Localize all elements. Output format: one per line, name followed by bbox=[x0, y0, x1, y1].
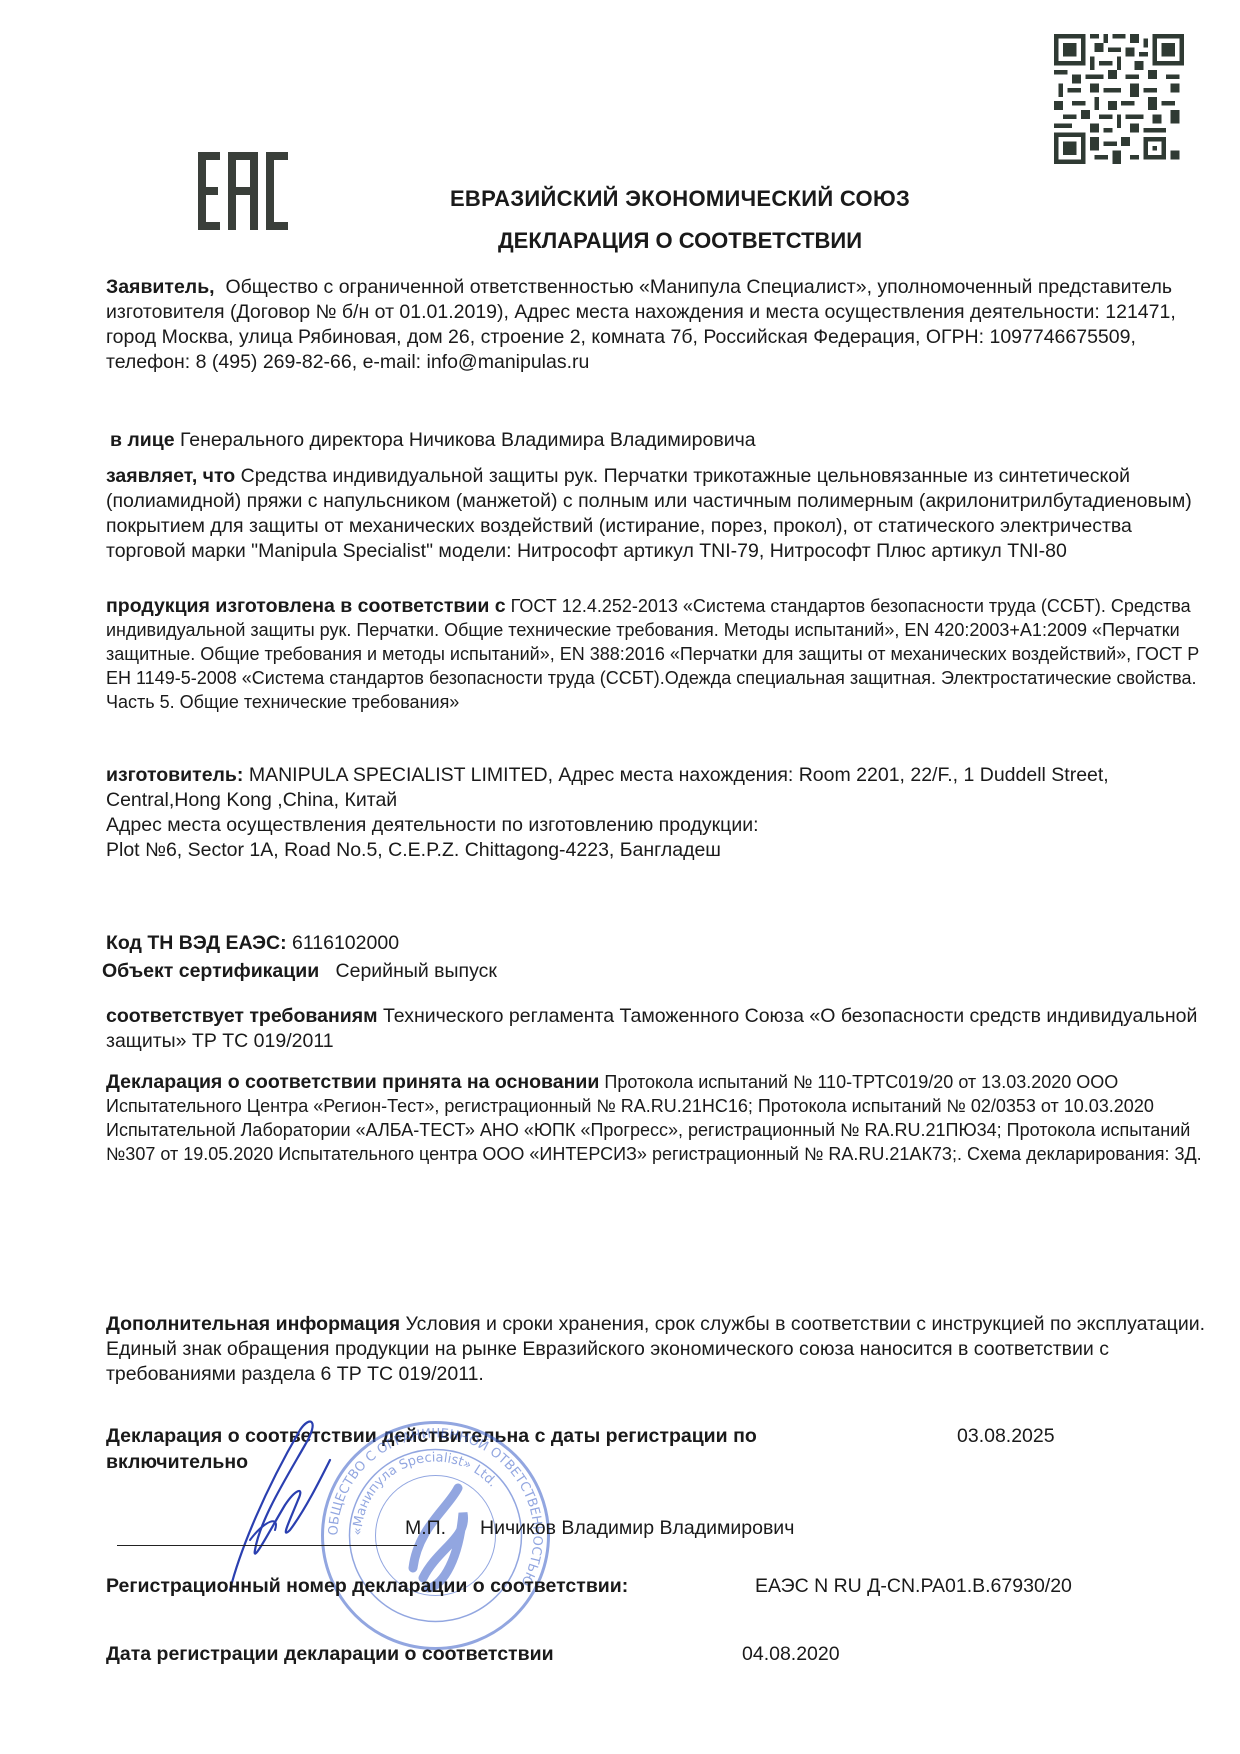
declares-section: заявляет, что Средства индивидуальной за… bbox=[106, 464, 1216, 564]
signer-name: Ничиков Владимир Владимирович bbox=[480, 1517, 794, 1540]
basis-section: Декларация о соответствии принята на осн… bbox=[106, 1070, 1216, 1166]
declares-label: заявляет, что bbox=[106, 465, 235, 487]
additional-info-section: Дополнительная информация Условия и срок… bbox=[106, 1312, 1216, 1387]
complies-section: соответствует требованиям Технического р… bbox=[106, 1004, 1216, 1054]
hs-code-row: Код ТН ВЭД ЕАЭС: 6116102000 bbox=[106, 932, 399, 955]
represented-by-label: в лице bbox=[110, 429, 175, 451]
production-address: Plot №6, Sector 1A, Road No.5, C.E.P.Z. … bbox=[106, 839, 721, 861]
qr-code bbox=[1054, 34, 1184, 164]
certification-object-label: Объект сертификации bbox=[102, 960, 319, 982]
declares-text: Средства индивидуальной защиты рук. Перч… bbox=[106, 465, 1192, 562]
hs-code-value: 6116102000 bbox=[292, 932, 399, 954]
seal-placeholder-label: М.П. bbox=[405, 1517, 446, 1540]
certification-object-value: Серийный выпуск bbox=[336, 960, 497, 982]
manufacturer-section: изготовитель: MANIPULA SPECIALIST LIMITE… bbox=[106, 763, 1216, 863]
hs-code-label: Код ТН ВЭД ЕАЭС: bbox=[106, 932, 287, 954]
additional-info-label: Дополнительная информация bbox=[106, 1313, 400, 1335]
complies-label: соответствует требованиям bbox=[106, 1005, 378, 1027]
manufacturer-label: изготовитель: bbox=[106, 764, 243, 786]
document-title: ДЕКЛАРАЦИЯ О СООТВЕТСТВИИ bbox=[0, 228, 1240, 254]
registration-number-value: ЕАЭС N RU Д-CN.PA01.B.67930/20 bbox=[755, 1575, 1072, 1598]
basis-label: Декларация о соответствии принята на осн… bbox=[106, 1071, 599, 1093]
production-address-label: Адрес места осуществления деятельности п… bbox=[106, 814, 759, 836]
registration-number-label: Регистрационный номер декларации о соотв… bbox=[106, 1575, 628, 1598]
signature bbox=[210, 1400, 340, 1600]
signature-line bbox=[117, 1545, 417, 1546]
union-title: ЕВРАЗИЙСКИЙ ЭКОНОМИЧЕСКИЙ СОЮЗ bbox=[0, 186, 1240, 212]
registration-date-label: Дата регистрации декларации о соответств… bbox=[106, 1643, 554, 1666]
applicant-section: Заявитель, Общество с ограниченной ответ… bbox=[106, 275, 1216, 375]
represented-by-section: в лице Генерального директора Ничикова В… bbox=[110, 428, 1220, 453]
standards-section: продукция изготовлена в соответствии с Г… bbox=[106, 594, 1216, 714]
registration-date-value: 04.08.2020 bbox=[742, 1643, 840, 1666]
manufacturer-text: MANIPULA SPECIALIST LIMITED, Адрес места… bbox=[106, 764, 1109, 811]
certification-object-row: Объект сертификации Серийный выпуск bbox=[102, 960, 497, 983]
applicant-label: Заявитель, bbox=[106, 276, 215, 298]
standards-label: продукция изготовлена в соответствии с bbox=[106, 595, 506, 617]
validity-date: 03.08.2025 bbox=[957, 1425, 1055, 1448]
applicant-text: Общество с ограниченной ответственностью… bbox=[106, 276, 1176, 373]
represented-by-text: Генерального директора Ничикова Владимир… bbox=[180, 429, 756, 451]
